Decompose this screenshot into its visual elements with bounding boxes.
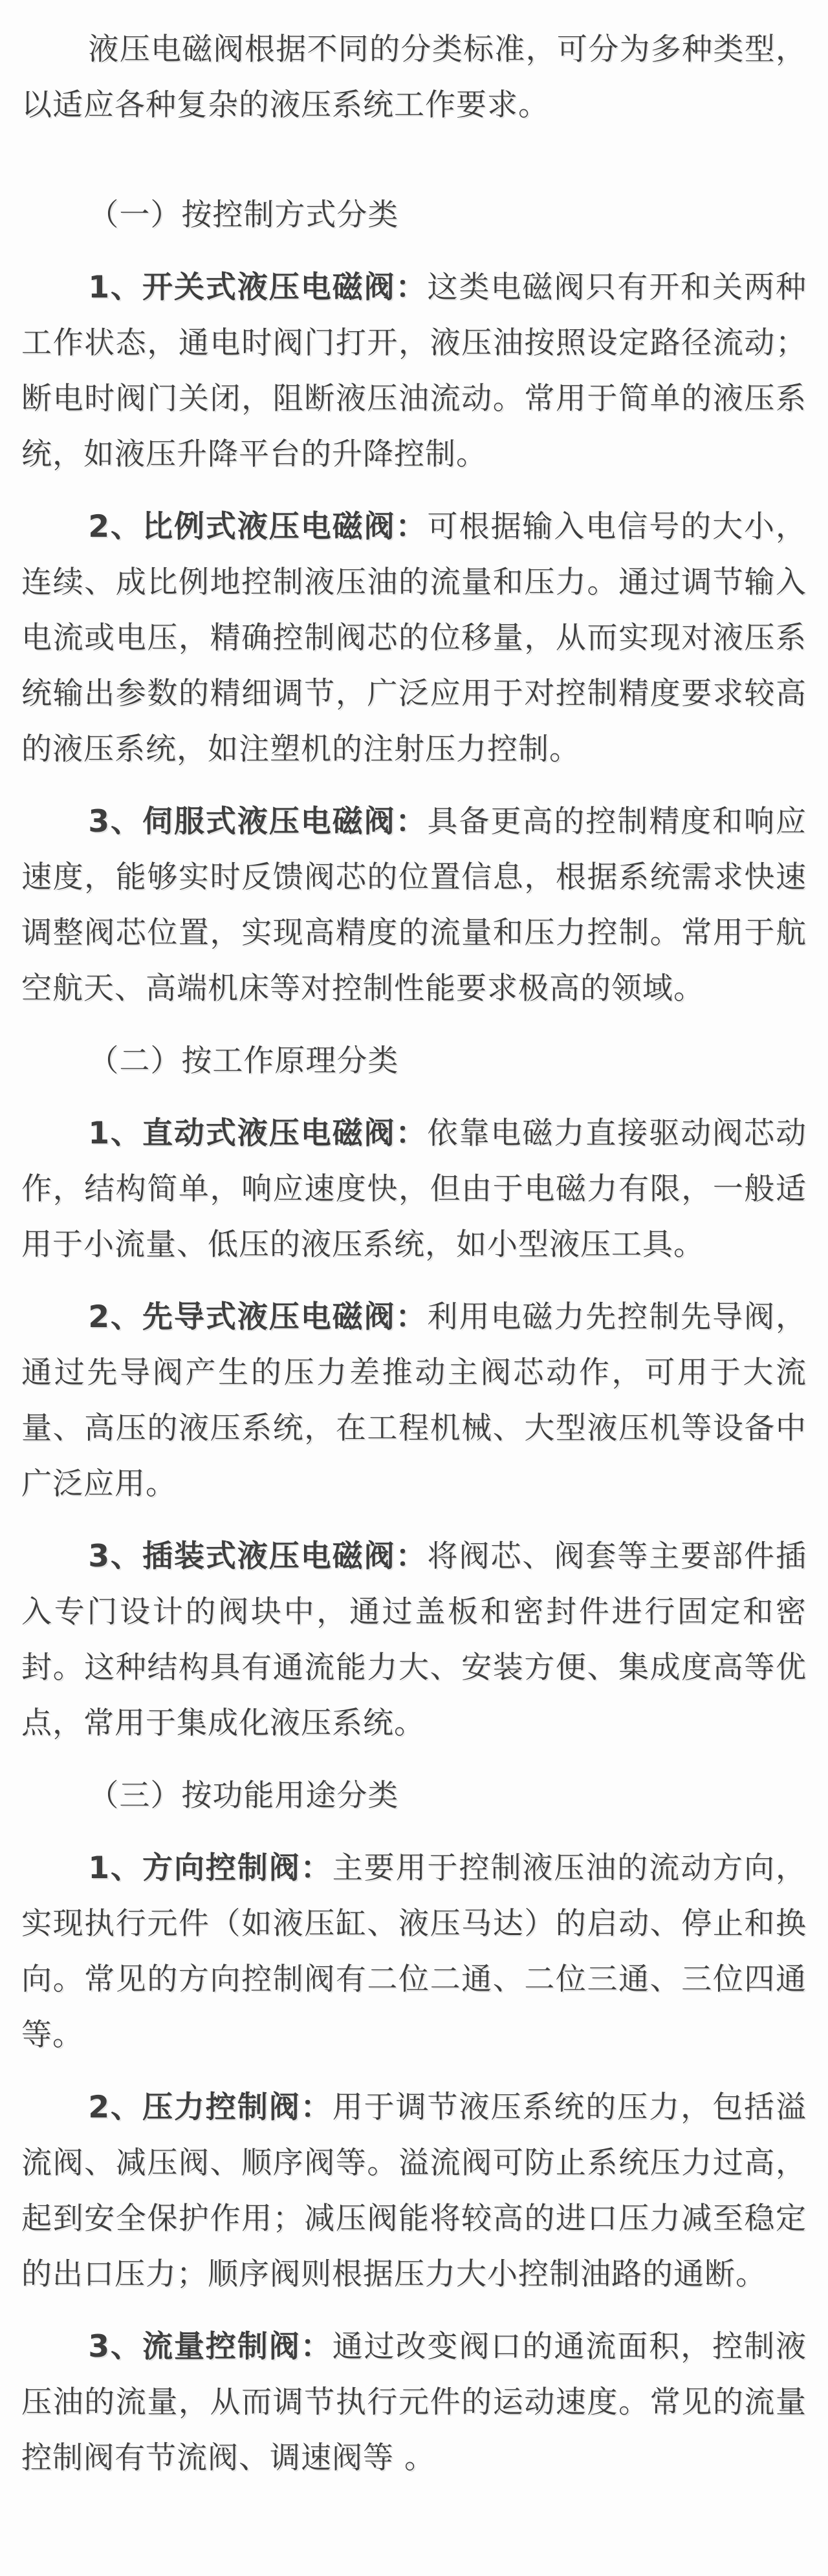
item-paragraph-proportional-valve: 2、比例式液压电磁阀：可根据输入电信号的大小，连续、成比例地控制液压油的流量和压…	[21, 499, 807, 777]
item-label-pressure-control-valve: 2、压力控制阀：	[88, 2090, 332, 2125]
section-heading-function-use: （三）按功能用途分类	[21, 1768, 807, 1824]
intro-paragraph: 液压电磁阀根据不同的分类标准，可分为多种类型，以适应各种复杂的液压系统工作要求。	[21, 22, 807, 133]
item-paragraph-flow-control-valve: 3、流量控制阀：通过改变阀口的通流面积，控制液压油的流量，从而调节执行元件的运动…	[21, 2319, 807, 2486]
item-label-pilot-operated-valve: 2、先导式液压电磁阀：	[88, 1299, 427, 1335]
item-label-direct-acting-valve: 1、直动式液压电磁阀：	[88, 1116, 427, 1151]
item-paragraph-pressure-control-valve: 2、压力控制阀：用于调节液压系统的压力，包括溢流阀、减压阀、顺序阀等。溢流阀可防…	[21, 2080, 807, 2302]
item-paragraph-servo-valve: 3、伺服式液压电磁阀：具备更高的控制精度和响应速度，能够实时反馈阀芯的位置信息，…	[21, 794, 807, 1017]
item-paragraph-switch-valve: 1、开关式液压电磁阀：这类电磁阀只有开和关两种工作状态，通电时阀门打开，液压油按…	[21, 260, 807, 482]
item-paragraph-cartridge-valve: 3、插装式液压电磁阀：将阀芯、阀套等主要部件插入专门设计的阀块中，通过盖板和密封…	[21, 1529, 807, 1751]
item-label-proportional-valve: 2、比例式液压电磁阀：	[88, 509, 427, 545]
section-heading-control-mode: （一）按控制方式分类	[21, 188, 807, 243]
section-heading-working-principle: （二）按工作原理分类	[21, 1034, 807, 1089]
item-paragraph-pilot-operated-valve: 2、先导式液压电磁阀：利用电磁力先控制先导阀，通过先导阀产生的压力差推动主阀芯动…	[21, 1290, 807, 1512]
item-label-cartridge-valve: 3、插装式液压电磁阀：	[88, 1539, 427, 1574]
item-label-directional-control-valve: 1、方向控制阀：	[88, 1850, 332, 1886]
item-label-switch-valve: 1、开关式液压电磁阀：	[88, 270, 427, 305]
item-text-proportional-valve: 可根据输入电信号的大小，连续、成比例地控制液压油的流量和压力。通过调节输入电流或…	[21, 509, 807, 767]
item-label-servo-valve: 3、伺服式液压电磁阀：	[88, 804, 427, 839]
item-paragraph-direct-acting-valve: 1、直动式液压电磁阀：依靠电磁力直接驱动阀芯动作，结构简单，响应速度快，但由于电…	[21, 1106, 807, 1273]
article-page: 液压电磁阀根据不同的分类标准，可分为多种类型，以适应各种复杂的液压系统工作要求。…	[0, 0, 828, 2576]
item-paragraph-directional-control-valve: 1、方向控制阀：主要用于控制液压油的流动方向，实现执行元件（如液压缸、液压马达）…	[21, 1841, 807, 2063]
item-label-flow-control-valve: 3、流量控制阀：	[88, 2329, 332, 2365]
